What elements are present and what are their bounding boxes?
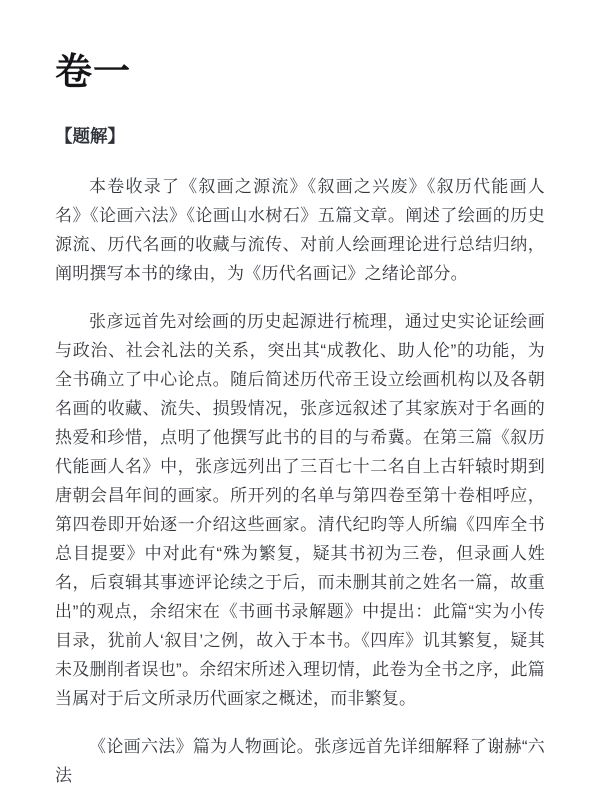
paragraph-overview: 本卷收录了《叙画之源流》《叙画之兴废》《叙历代能画人名》《论画六法》《论画山水树… (55, 172, 545, 288)
section-header: 【题解】 (55, 124, 545, 148)
paragraph-six-laws: 《论画六法》篇为人物画论。张彦远首先详细解释了谢赫“六法 (55, 732, 545, 790)
document-page: 卷一 【题解】 本卷收录了《叙画之源流》《叙画之兴废》《叙历代能画人名》《论画六… (0, 0, 600, 800)
paragraph-commentary: 张彦远首先对绘画的历史起源进行梳理，通过史实论证绘画与政治、社会礼法的关系，突出… (55, 307, 545, 713)
chapter-title: 卷一 (55, 50, 545, 94)
